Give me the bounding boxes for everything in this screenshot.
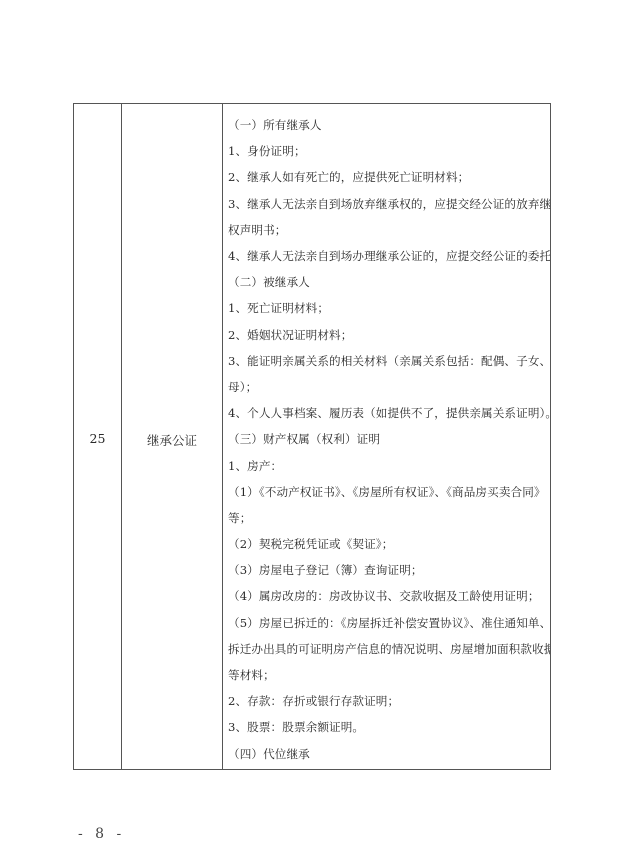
content-line: 2、存款：存折或银行存款证明； (228, 688, 546, 714)
section-heading: （四）代位继承 (228, 741, 546, 767)
content-line: （5）房屋已拆迁的：《房屋拆迁补偿安置协议》、准住通知单、 (228, 610, 546, 636)
content-line: 1、房产： (228, 452, 546, 478)
content-line: （4）属房改房的：房改协议书、交款收据及工龄使用证明； (228, 583, 546, 609)
section-heading: （三）财产权属（权利）证明 (228, 426, 546, 452)
content-line: 3、股票：股票余额证明。 (228, 714, 546, 740)
row-number-cell: 25 (74, 104, 122, 769)
content-line: 3、能证明亲属关系的相关材料（亲属关系包括：配偶、子女、父 (228, 348, 546, 374)
section-heading: （二）被继承人 (228, 269, 546, 295)
content-line: 等； (228, 505, 546, 531)
content-line: 1、死亡证明材料； (228, 295, 546, 321)
content-line: 第一顺序继承人即子女先于被继承人死亡的，应提供继承人的子 (228, 767, 546, 769)
content-line: 2、继承人如有死亡的，应提供死亡证明材料； (228, 164, 546, 190)
content-line: 3、继承人无法亲自到场放弃继承权的，应提交经公证的放弃继承 (228, 191, 546, 217)
content-cell: （一）所有继承人 1、身份证明； 2、继承人如有死亡的，应提供死亡证明材料； 3… (223, 104, 550, 769)
content-line: 等材料； (228, 662, 546, 688)
section-heading: （一）所有继承人 (228, 112, 546, 138)
content-line: 1、身份证明； (228, 138, 546, 164)
page-number: - 8 - (78, 826, 125, 842)
content-line: 4、继承人无法亲自到场办理继承公证的，应提交经公证的委托书。 (228, 243, 546, 269)
content-line: （1）《不动产权证书》、《房屋所有权证》、《商品房买卖合同》 (228, 479, 546, 505)
item-name-cell: 继承公证 (122, 104, 223, 769)
requirements-table: 25 继承公证 （一）所有继承人 1、身份证明； 2、继承人如有死亡的，应提供死… (73, 103, 551, 770)
content-line: （2）契税完税凭证或《契证》； (228, 531, 546, 557)
content-line: 4、个人人事档案、履历表（如提供不了，提供亲属关系证明）。 (228, 400, 546, 426)
row-number: 25 (74, 431, 121, 446)
content-line: 拆迁办出具的可证明房产信息的情况说明、房屋增加面积款收据 (228, 636, 546, 662)
item-name: 继承公证 (122, 431, 222, 449)
content-line: 权声明书； (228, 217, 546, 243)
content-line: 2、婚姻状况证明材料； (228, 322, 546, 348)
content-line: （3）房屋电子登记（簿）查询证明； (228, 557, 546, 583)
content-line: 母）； (228, 374, 546, 400)
